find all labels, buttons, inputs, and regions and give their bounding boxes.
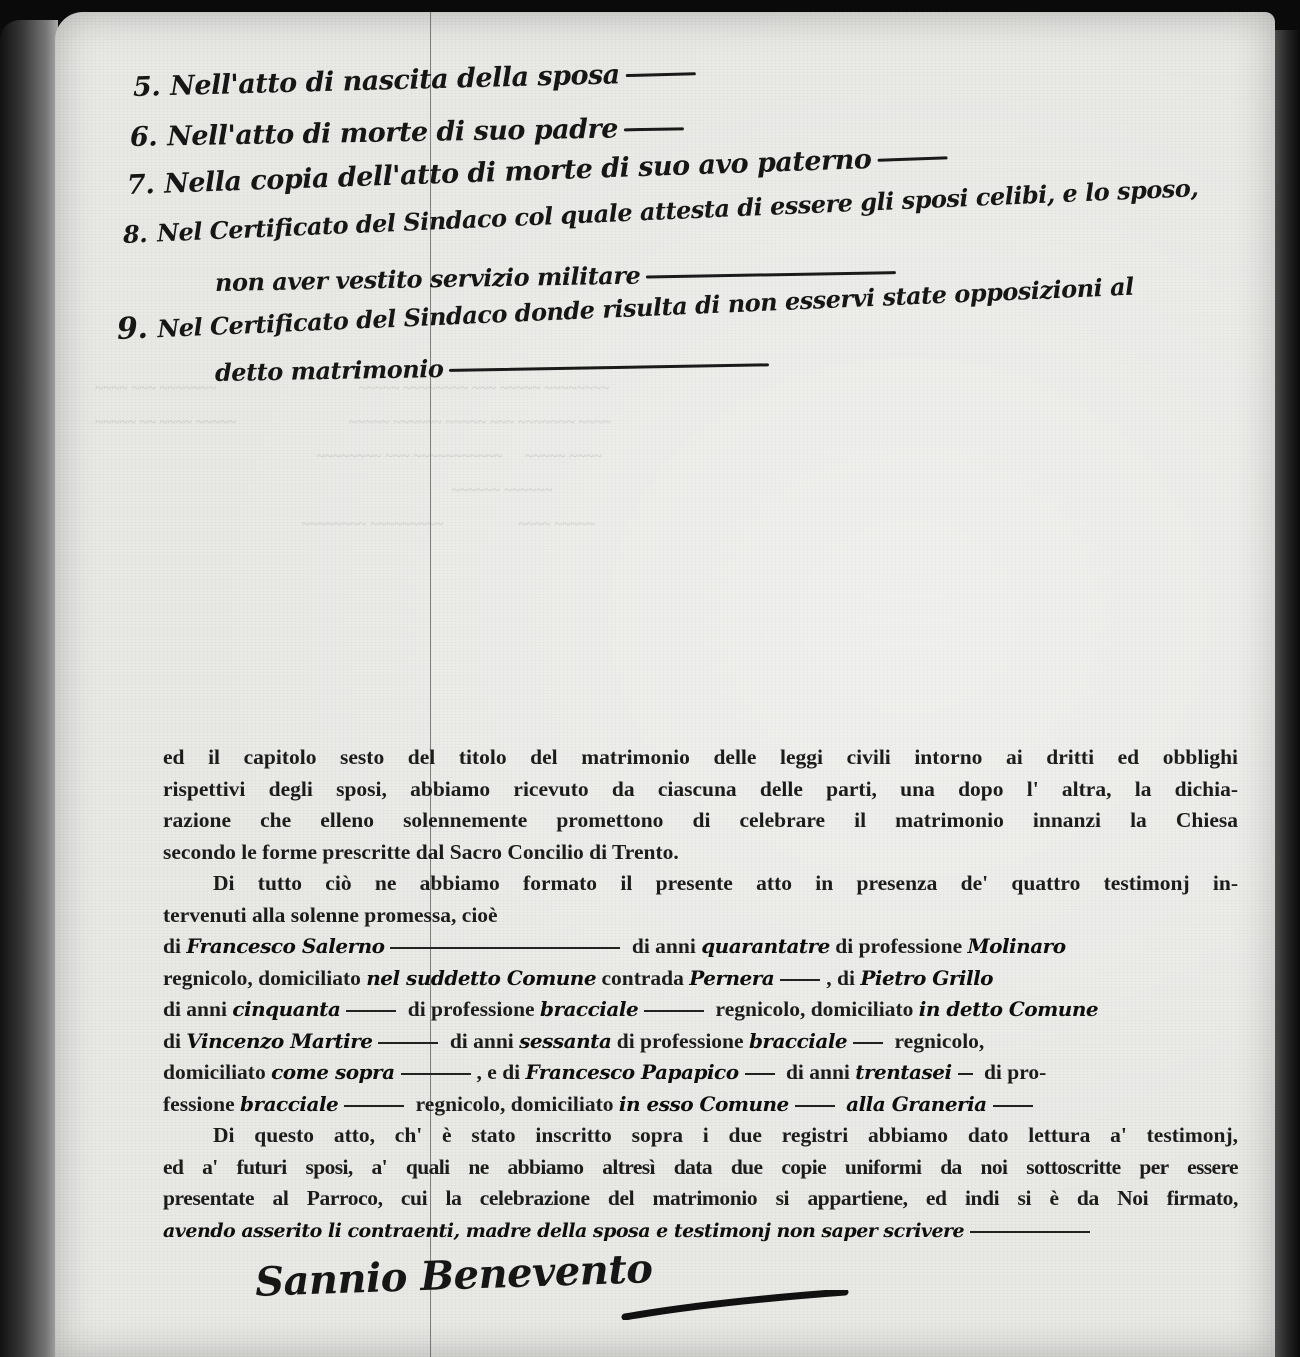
witness-4-street: alla Graneria [846, 1092, 987, 1116]
witness-1-profession: Molinaro [967, 934, 1065, 958]
witness-2-domicile: in detto Comune [919, 997, 1098, 1021]
witness-4-profession: bracciale [240, 1092, 338, 1116]
list-number: 5. [133, 71, 161, 103]
list-number: 9. [116, 311, 148, 347]
witness-3-age: sessanta [519, 1029, 611, 1053]
book-edge-right [1272, 30, 1300, 1357]
witness-3-domicile: come sopra [271, 1060, 394, 1084]
witness-3-profession: bracciale [749, 1029, 847, 1053]
list-text: Nell'atto di nascita della sposa [170, 59, 620, 102]
printed-line: presentate al Parroco, cui la celebrazio… [163, 1183, 1238, 1215]
witness-4-age: trentasei [855, 1060, 951, 1084]
witness-2-age: cinquanta [232, 997, 340, 1021]
witness-line-2: regnicolo, domiciliato nel suddetto Comu… [163, 963, 1238, 995]
witness-line-3: di anni cinquanta di professione braccia… [163, 994, 1238, 1026]
witness-line-5: domiciliato come sopra, e di Francesco P… [163, 1057, 1238, 1089]
list-number: 7. [126, 169, 154, 201]
witness-line-6: fessione bracciale regnicolo, domiciliat… [163, 1089, 1238, 1121]
book-binding-left [0, 20, 58, 1357]
list-text: detto matrimonio [215, 354, 444, 387]
witness-1-domicile: nel suddetto Comune [366, 966, 596, 990]
witness-line-4: di Vincenzo Martire di anni sessanta di … [163, 1026, 1238, 1058]
witness-1-name: Francesco Salerno [186, 934, 384, 958]
list-number: 8. [122, 219, 147, 249]
printed-line: Di tutto ciò ne abbiamo formato il prese… [163, 868, 1238, 900]
witness-3-name: Vincenzo Martire [186, 1029, 372, 1053]
printed-line: rispettivi degli sposi, abbiamo ricevuto… [163, 774, 1238, 806]
witness-4-domicile: in esso Comune [619, 1092, 789, 1116]
witness-2-name: Pietro Grillo [860, 966, 993, 990]
list-item-5: 5.Nell'atto di nascita della sposa [133, 57, 696, 103]
printed-form: ed il capitolo sesto del titolo del matr… [163, 742, 1238, 1246]
witness-4-name: Francesco Papapico [526, 1060, 739, 1084]
list-item-9-continuation: detto matrimonio [215, 348, 770, 387]
official-signature: Sannio Benevento [254, 1245, 653, 1306]
witness-1-age: quarantatre [701, 934, 830, 958]
document-page: ~~~~ ~~~ ~~~~~~~ ~~~~~ ~~~~~~~~ ~~~ ~~~~… [55, 12, 1275, 1357]
printed-line: tervenuti alla solenne promessa, cioè [163, 900, 1238, 932]
witness-line-1: di Francesco Salerno di anni quarantatre… [163, 931, 1238, 963]
handwritten-closing-line: avendo asserito li contraenti, madre del… [163, 1215, 1238, 1247]
list-number: 6. [130, 122, 158, 153]
list-item-6: 6.Nell'atto di morte di suo padre [130, 112, 684, 153]
printed-line: secondo le forme prescritte dal Sacro Co… [163, 837, 1238, 869]
printed-line: ed a' futuri sposi, a' quali ne abbiamo … [163, 1152, 1238, 1184]
printed-line: ed il capitolo sesto del titolo del matr… [163, 742, 1238, 774]
printed-line: razione che elleno solennemente prometto… [163, 805, 1238, 837]
witness-1-street: Pernera [689, 966, 774, 990]
witness-2-profession: bracciale [540, 997, 638, 1021]
bleed-through-text: ~~~~ ~~~ ~~~~~~~ ~~~~~ ~~~~~~~~ ~~~ ~~~~… [95, 372, 611, 542]
signature-flourish [620, 1290, 850, 1320]
printed-line: Di questo atto, ch' è stato inscritto so… [163, 1120, 1238, 1152]
list-text: Nell'atto di morte di suo padre [167, 113, 618, 152]
